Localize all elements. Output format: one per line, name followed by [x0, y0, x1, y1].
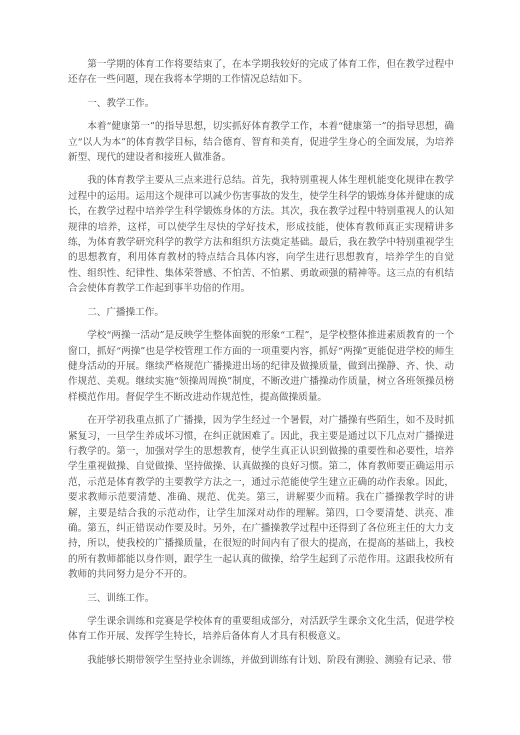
document-page: 第一学期的体育工作将要结束了，在本学期我较好的完成了体育工作，但在教学过程中还存…: [0, 0, 520, 735]
section-2-heading: 二、广播操工作。: [68, 305, 454, 320]
section-1-paragraph-2: 我的体育教学主要从三点来进行总结。首先，我特别重视人体生理机能变化规律在教学过程…: [68, 173, 454, 296]
section-1-paragraph-1: 本着“健康第一”的指导思想，切实抓好体育教学工作，本着“健康第一”的指导思想，确…: [68, 119, 454, 165]
intro-paragraph: 第一学期的体育工作将要结束了，在本学期我较好的完成了体育工作，但在教学过程中还存…: [68, 57, 454, 88]
section-3-paragraph-1: 学生课余训练和竞赛是学校体育的重要组成部分，对活跃学生课余文化生活，促进学校体育…: [68, 614, 454, 645]
section-2-paragraph-2: 在开学初我重点抓了广播操，因为学生经过一个暑假，对广播操有些陌生，如不及时抓紧复…: [68, 413, 454, 582]
document-body: 第一学期的体育工作将要结束了，在本学期我较好的完成了体育工作，但在教学过程中还存…: [68, 57, 454, 668]
section-3-paragraph-2-truncated: 我能够长期带领学生坚持业余训练，并做到训练有计划、阶段有测验、测验有记录、带: [68, 653, 454, 668]
section-1-heading: 一、教学工作。: [68, 96, 454, 111]
section-3-heading: 三、训练工作。: [68, 591, 454, 606]
section-2-paragraph-1: 学校“两操一活动”是反映学生整体面貌的形象“工程”，是学校整体推进素质教育的一个…: [68, 328, 454, 405]
